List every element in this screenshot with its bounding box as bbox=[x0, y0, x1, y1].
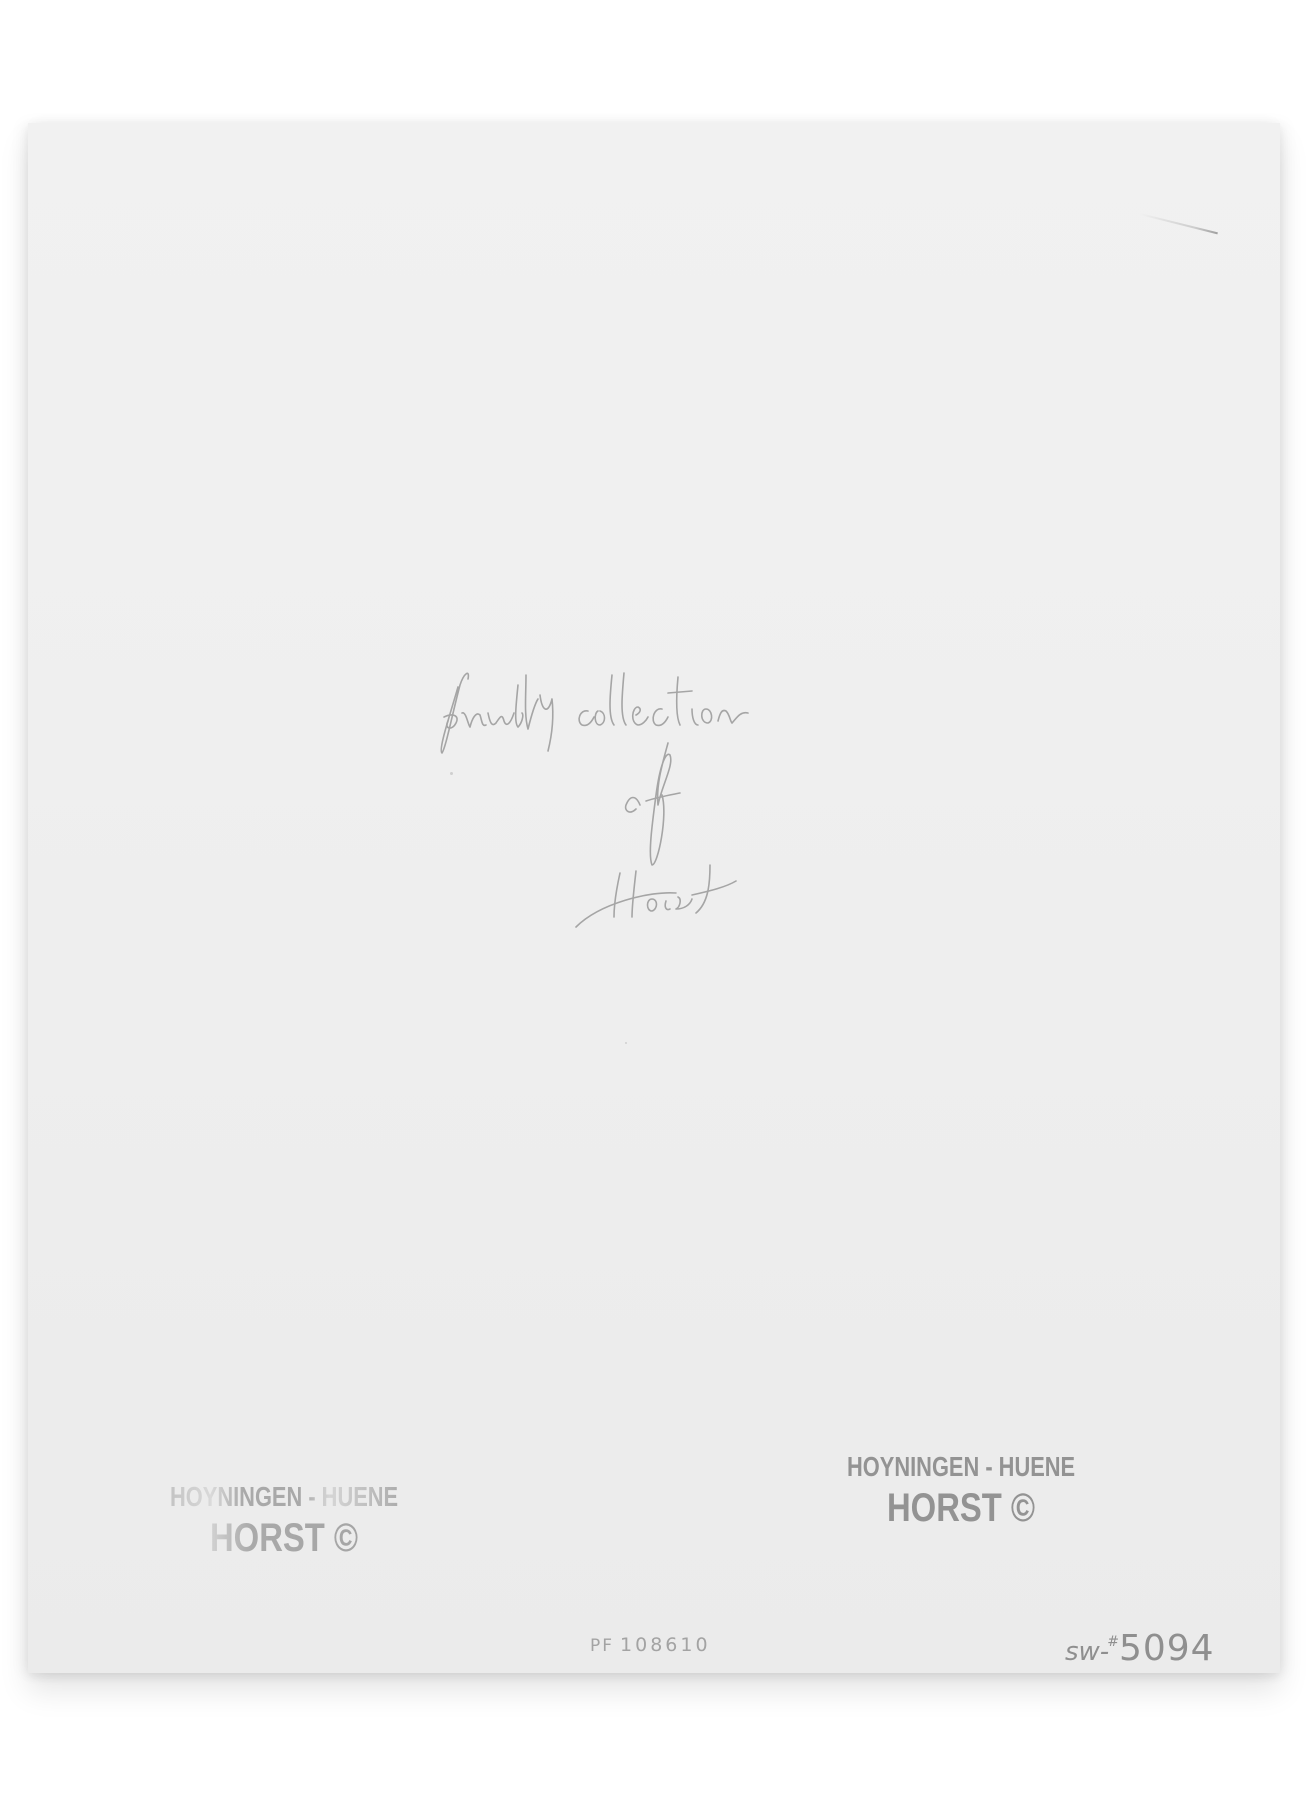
handwritten-inscription: formerly collection of Horst bbox=[430, 655, 850, 935]
inventory-digits: 5094 bbox=[1119, 1628, 1215, 1669]
pencil-dot bbox=[625, 1042, 627, 1044]
stamp-line-1: HOYNINGEN - HUENE bbox=[170, 1480, 398, 1514]
inventory-prefix: sw- bbox=[1065, 1637, 1109, 1667]
inventory-number: sw-#5094 bbox=[1065, 1628, 1215, 1669]
reference-digits: 108610 bbox=[620, 1634, 711, 1656]
stamp-line-2: HORST © bbox=[887, 1484, 1094, 1532]
photographer-stamp-left: HOYNINGEN - HUENE HORST © bbox=[170, 1480, 462, 1562]
reference-prefix: PF bbox=[590, 1636, 614, 1656]
photographer-stamp-right: HOYNINGEN - HUENE HORST © bbox=[847, 1450, 1139, 1532]
stamp-line-2: HORST © bbox=[210, 1514, 417, 1562]
handwriting-strokes bbox=[430, 655, 850, 935]
page: formerly collection of Horst bbox=[0, 0, 1309, 1800]
stamp-line-1: HOYNINGEN - HUENE bbox=[847, 1450, 1075, 1484]
reference-number: PF108610 bbox=[590, 1634, 711, 1656]
inventory-hash: # bbox=[1107, 1634, 1119, 1650]
